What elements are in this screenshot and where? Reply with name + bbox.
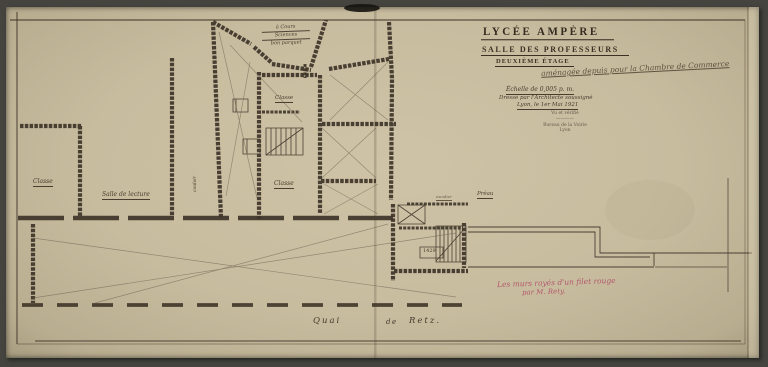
room-label-couloir: couloir <box>193 176 198 192</box>
right-fold-crease <box>747 7 749 358</box>
street-word: Quai <box>313 316 341 326</box>
street-word: Retz. <box>409 316 441 326</box>
room-number: 1429 <box>423 248 436 254</box>
corridor-outline <box>468 178 752 292</box>
plan-title: LYCÉE AMPÈRE <box>481 26 614 41</box>
plan-storey: DEUXIÈME ÉTAGE <box>495 58 574 67</box>
wall-lines <box>20 20 468 303</box>
scanned-plan-page: { "sheet": { "title_line1": "LYCÉE AMPÈR… <box>0 0 768 367</box>
stain <box>605 180 695 240</box>
street-word: de <box>386 318 398 326</box>
room-label-classe-upper: Classe <box>275 95 293 103</box>
drafted-note: Dressé par l'Architecte soussigné <box>499 95 593 101</box>
room-label-escalier: escalier <box>436 194 452 201</box>
stamp-block: Vu et vérifié ———— Bureau de la Voirie L… <box>520 111 610 134</box>
room-label-classe-left: Classe <box>33 178 53 187</box>
date-note: Lyon, le 1er Mai 1921 <box>517 102 578 110</box>
paper-edge-strip <box>749 7 759 358</box>
red-note-line2: par M. Rety. <box>522 287 566 297</box>
room-label-annex: à Cours Sciences bon parquet <box>262 24 311 49</box>
center-fold-crease <box>374 7 377 358</box>
scale-note: Échelle de 0,005 p. m. <box>506 86 574 95</box>
stamp-line: Lyon <box>520 128 610 134</box>
room-label-salle-lecture: Salle de lecture <box>102 191 150 200</box>
annex-line: bon parquet <box>262 40 310 47</box>
stair-central <box>233 99 303 155</box>
tear-mark <box>344 4 380 12</box>
room-label-preau: Préau <box>477 191 493 199</box>
plan-linework <box>0 0 768 367</box>
plan-subtitle: SALLE DES PROFESSEURS <box>481 45 629 56</box>
room-label-classe-lower: Classe <box>274 180 294 189</box>
